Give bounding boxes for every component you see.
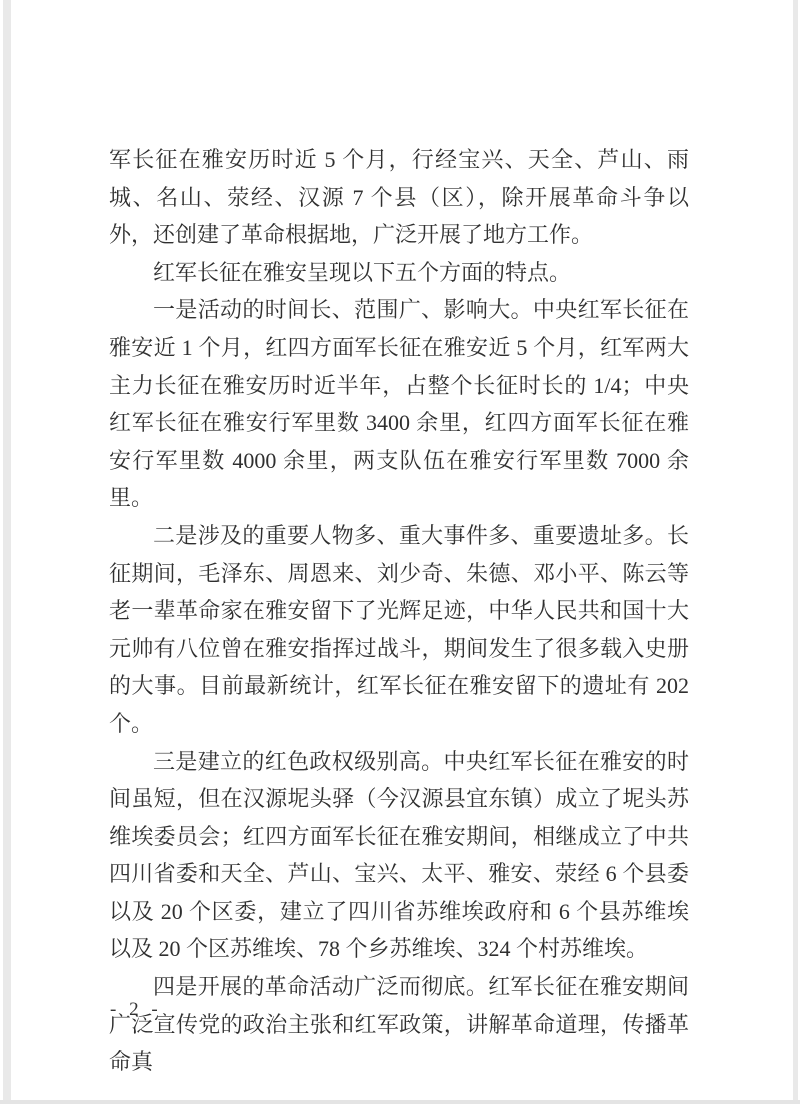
- scan-edge-right: [793, 0, 798, 1102]
- scan-edge-bottom: [0, 1100, 800, 1104]
- paragraph: 一是活动的时间长、范围广、影响大。中央红军长征在雅安近 1 个月，红四方面军长征…: [109, 291, 689, 517]
- paragraph: 红军长征在雅安呈现以下五个方面的特点。: [109, 254, 689, 292]
- paragraph: 二是涉及的重要人物多、重大事件多、重要遗址多。长征期间，毛泽东、周恩来、刘少奇、…: [109, 517, 689, 743]
- paragraph: 四是开展的革命活动广泛而彻底。红军长征在雅安期间广泛宣传党的政治主张和红军政策，…: [109, 968, 689, 1081]
- scan-edge-left: [3, 0, 11, 1102]
- paragraph: 三是建立的红色政权级别高。中央红军长征在雅安的时间虽短，但在汉源坭头驿（今汉源县…: [109, 743, 689, 969]
- page-number: - 2 -: [110, 999, 162, 1021]
- scanned-document-page: 军长征在雅安历时近 5 个月，行经宝兴、天全、芦山、雨城、名山、荥经、汉源 7 …: [0, 0, 800, 1107]
- paragraph: 军长征在雅安历时近 5 个月，行经宝兴、天全、芦山、雨城、名山、荥经、汉源 7 …: [109, 141, 689, 254]
- document-body: 军长征在雅安历时近 5 个月，行经宝兴、天全、芦山、雨城、名山、荥经、汉源 7 …: [109, 141, 689, 1081]
